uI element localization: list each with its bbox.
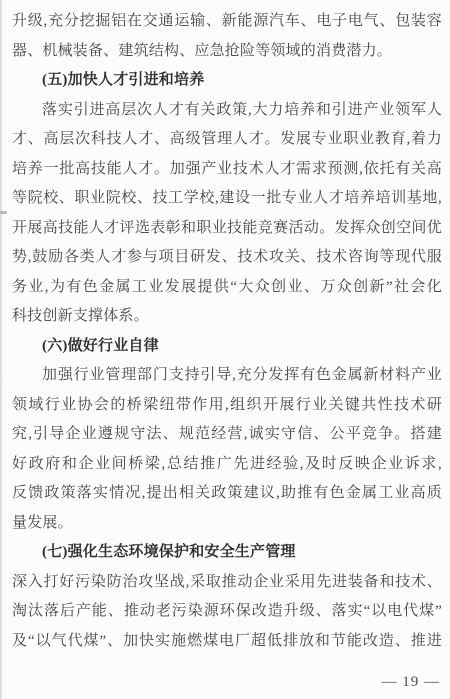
text-line: 升级,充分挖掘铝在交通运输、新能源汽车、电子电气、包装容 <box>12 7 442 37</box>
text-line: 及“以气代煤”、加快实施燃煤电厂超低排放和节能改造、推进 <box>12 627 442 657</box>
text-line: 好政府和企业间桥梁,总结推广先进经验,及时反映企业诉求, <box>12 450 442 480</box>
document-text-block: 升级,充分挖掘铝在交通运输、新能源汽车、电子电气、包装容器、机械装备、建筑结构、… <box>12 7 442 656</box>
text-line: 究,引导企业遵规守法、规范经营,诚实守信、公平竞争。搭建 <box>12 420 442 450</box>
scan-edge-artifact <box>0 0 3 699</box>
text-line: 落实引进高层次人才有关政策,大力培养和引进产业领军人 <box>12 96 442 126</box>
text-line: 等院校、职业院校、技工学校,建设一批专业人才培养培训基地, <box>12 184 442 214</box>
text-line: 才、高层次科技人才、高级管理人才。发展专业职业教育,着力 <box>12 125 442 155</box>
text-line: 量发展。 <box>12 509 442 539</box>
scanned-document-page: 升级,充分挖掘铝在交通运输、新能源汽车、电子电气、包装容器、机械装备、建筑结构、… <box>0 0 450 699</box>
text-line: 科技创新支撑体系。 <box>12 302 442 332</box>
text-line: 反馈政策落实情况,提出相关政策建议,助推有色金属工业高质 <box>12 479 442 509</box>
text-line: 领域行业协会的桥梁纽带作用,组织开展行业关键共性技术研 <box>12 391 442 421</box>
page-number: — 19 — <box>382 672 441 692</box>
section-heading: (六)做好行业自律 <box>12 332 442 362</box>
text-line: 势,鼓励各类人才参与项目研发、技术攻关、技术咨询等现代服 <box>12 243 442 273</box>
text-line: 淘汰落后产能、推动老污染源环保改造升级、落实“以电代煤” <box>12 597 442 627</box>
text-line: 加强行业管理部门支持引导,充分发挥有色金属新材料产业 <box>12 361 442 391</box>
scan-speck-artifact <box>0 211 7 214</box>
text-line: 深入打好污染防治攻坚战,采取推动企业采用先进装备和技术、 <box>12 568 442 598</box>
text-line: 开展高技能人才评选表彰和职业技能竞赛活动。发挥众创空间优 <box>12 214 442 244</box>
text-line: 培养一批高技能人才。加强产业技术人才需求预测,依托有关高 <box>12 155 442 185</box>
section-heading: (七)强化生态环境保护和安全生产管理 <box>12 538 442 568</box>
text-line: 务业,为有色金属工业发展提供“大众创业、万众创新”社会化 <box>12 273 442 303</box>
section-heading: (五)加快人才引进和培养 <box>12 66 442 96</box>
text-line: 器、机械装备、建筑结构、应急抢险等领域的消费潜力。 <box>12 37 442 67</box>
